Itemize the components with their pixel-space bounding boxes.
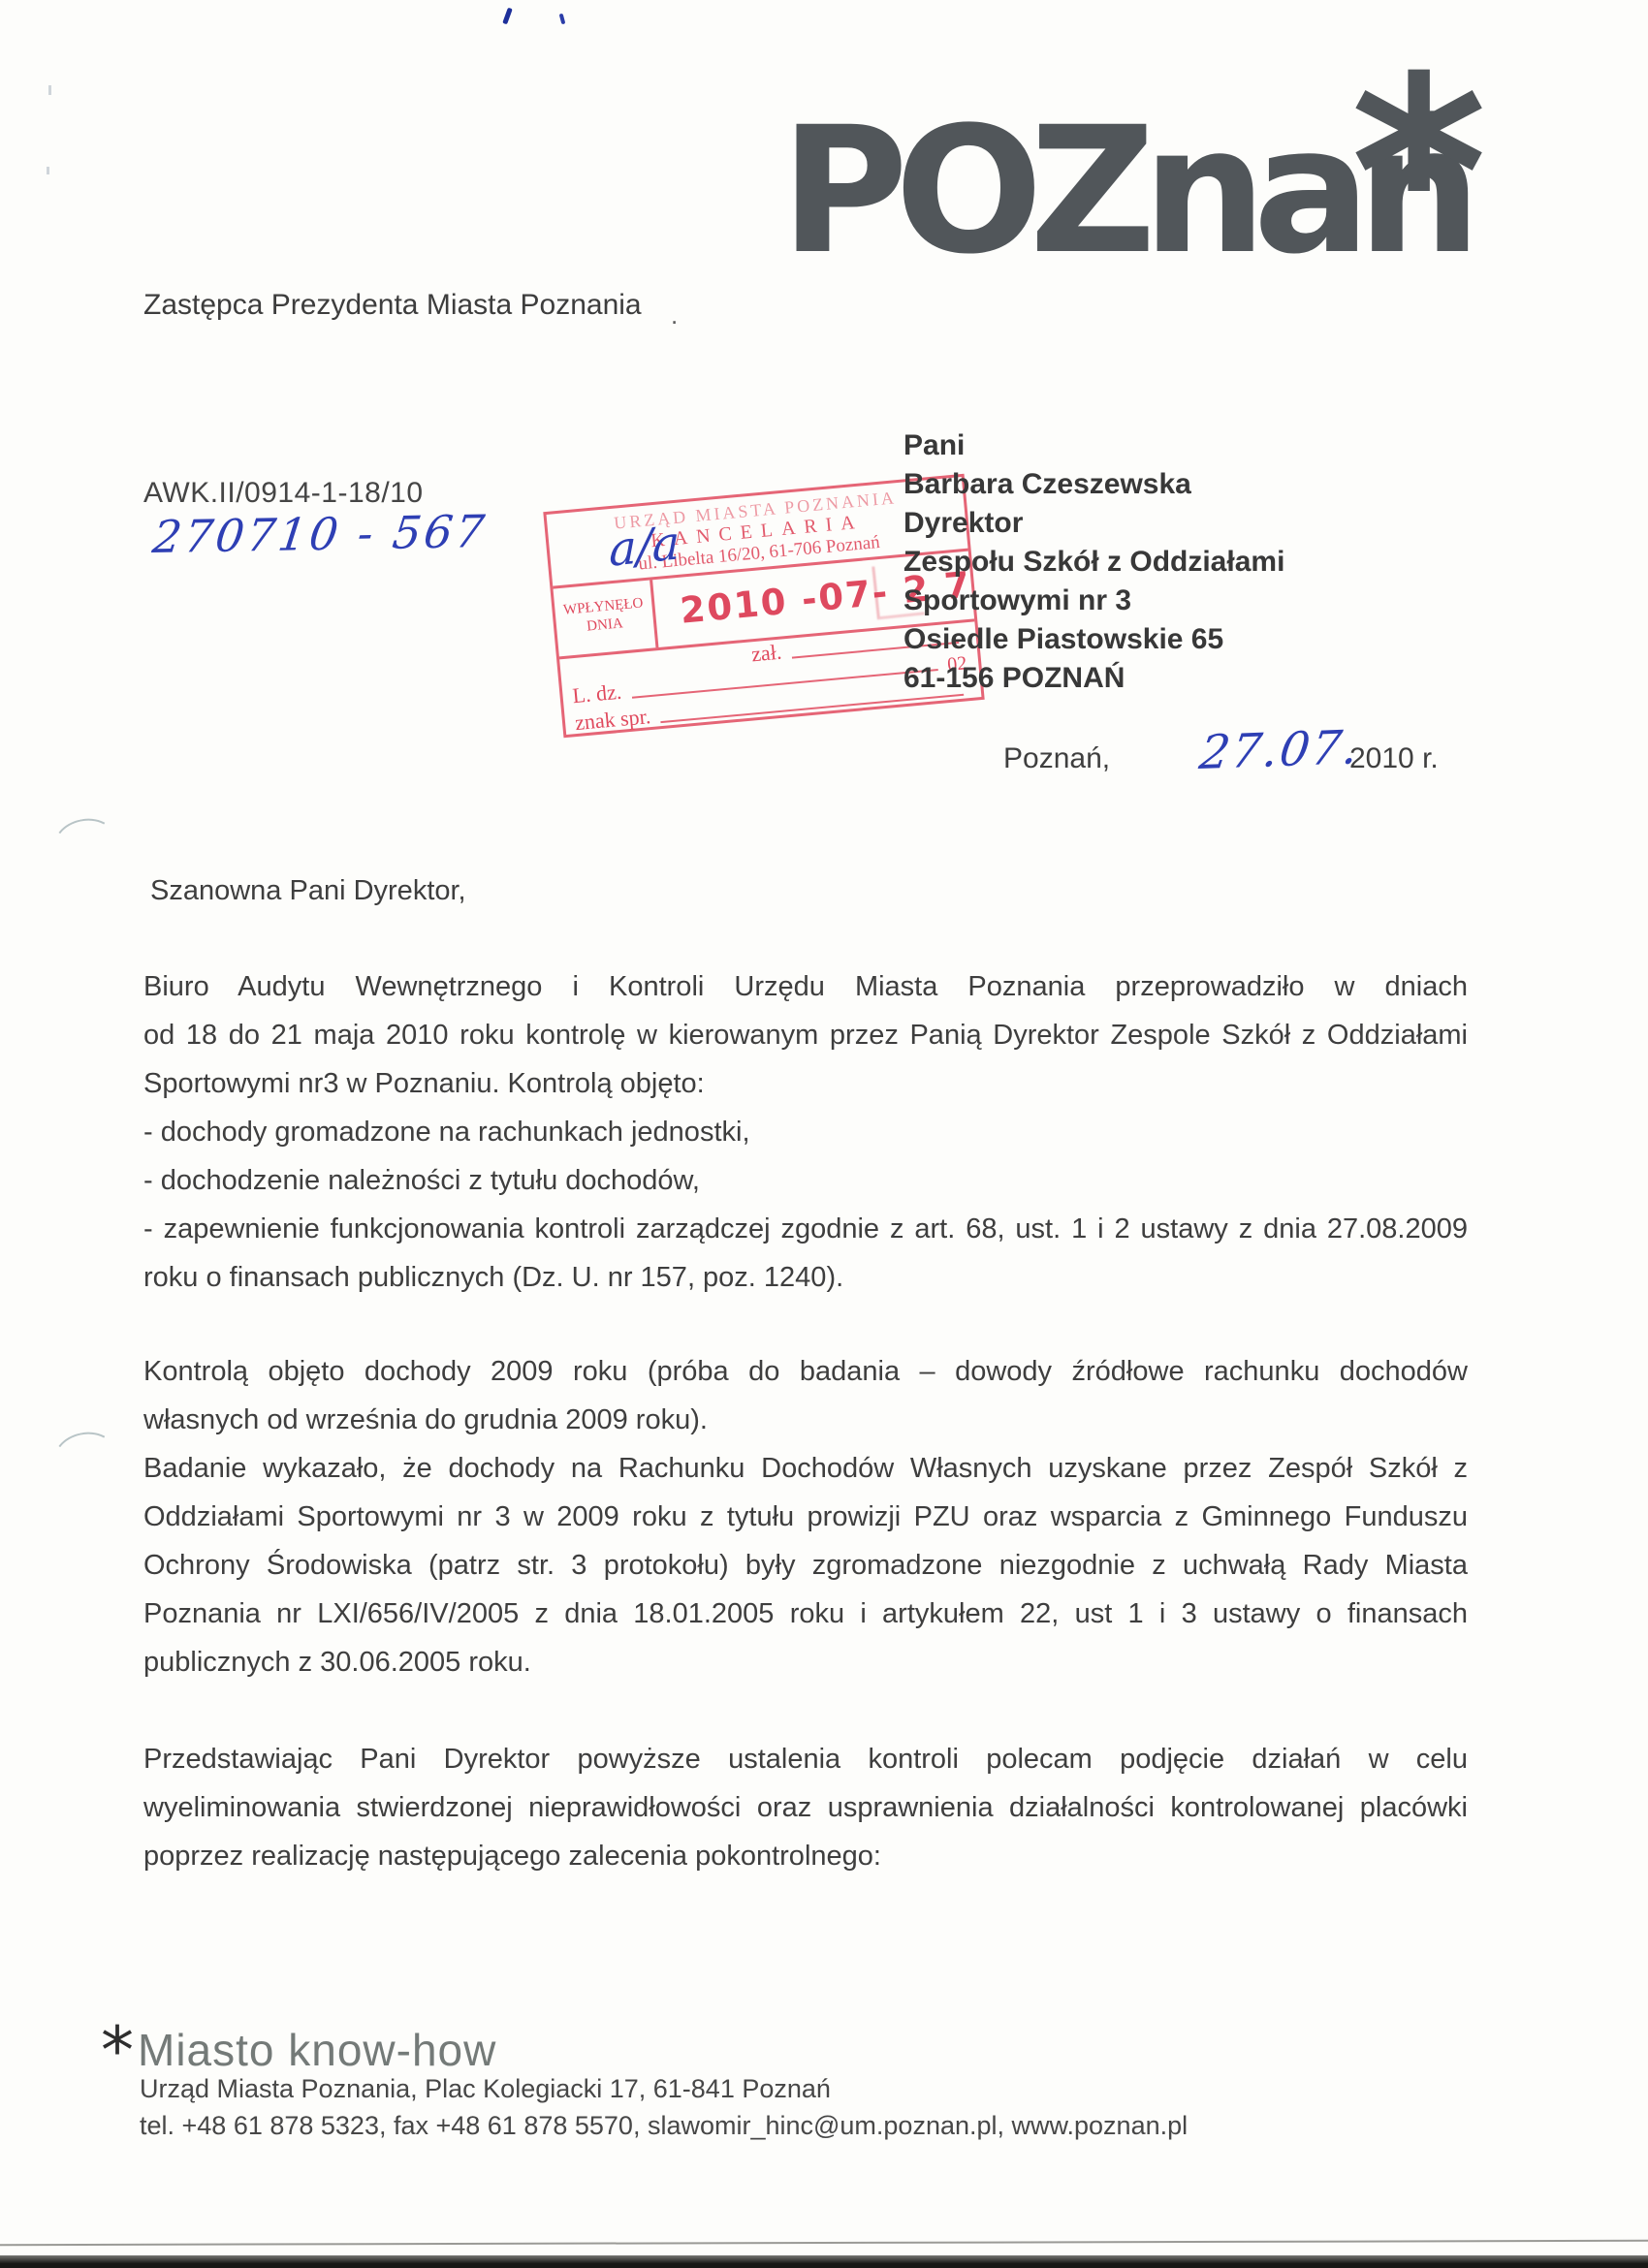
scanned-letter-page: POZnań * Zastępca Prezydenta Miasta Pozn… xyxy=(0,0,1648,2268)
poznan-logo: POZnań * xyxy=(780,105,1468,279)
dateline-year: 2010 r. xyxy=(1349,742,1439,775)
handwritten-date: 27.07. xyxy=(1196,720,1363,780)
recipient-line: Pani xyxy=(903,426,1284,465)
body-line: od 18 do 21 maja 2010 roku kontrolę w ki… xyxy=(143,1011,1468,1059)
body-line: Sportowymi nr3 w Poznaniu. Kontrolą obję… xyxy=(143,1059,1468,1108)
ink-mark xyxy=(502,8,513,25)
stamp-ldz-label: L. dz. xyxy=(571,679,622,709)
recipient-block: Pani Barbara Czeszewska Dyrektor Zespołu… xyxy=(903,426,1284,698)
asterisk-icon: * xyxy=(1350,43,1487,304)
stamp-received-label: WPŁYNĘŁO DNIA xyxy=(554,580,659,656)
body-line: - zapewnienie funkcjonowania kontroli za… xyxy=(143,1205,1468,1253)
stray-dot: . xyxy=(671,300,678,331)
sender-title: Zastępca Prezydenta Miasta Poznania xyxy=(143,289,642,322)
ink-mark xyxy=(559,14,566,25)
body-line: Kontrolą objęto dochody 2009 roku (próba… xyxy=(143,1347,1468,1396)
body-line: własnych od września do grudnia 2009 rok… xyxy=(143,1396,1468,1444)
letter-body: Biuro Audytu Wewnętrznego i Kontroli Urz… xyxy=(143,962,1468,1880)
scan-speck xyxy=(48,85,51,95)
recipient-line: 61-156 POZNAŃ xyxy=(903,659,1284,698)
asterisk-icon: * xyxy=(101,2013,134,2090)
body-line: Oddziałami Sportowymi nr 3 w 2009 roku z… xyxy=(143,1493,1468,1541)
recipient-line: Sportowymi nr 3 xyxy=(903,582,1284,620)
handwritten-aa-note: a/a xyxy=(609,516,680,578)
body-line: - dochodzenie należności z tytułu dochod… xyxy=(143,1156,1468,1205)
body-line: publicznych z 30.06.2005 roku. xyxy=(143,1638,1468,1686)
stamp-znak-spr-label: znak spr. xyxy=(574,704,651,736)
stamp-blank-line xyxy=(661,694,965,723)
scan-speck xyxy=(47,167,49,174)
recipient-line: Osiedle Piastowskie 65 xyxy=(903,620,1284,659)
recipient-line: Barbara Czeszewska xyxy=(903,465,1284,504)
body-line: Przedstawiając Pani Dyrektor powyższe us… xyxy=(143,1735,1468,1783)
body-line: Biuro Audytu Wewnętrznego i Kontroli Urz… xyxy=(143,962,1468,1011)
dateline-city: Poznań, xyxy=(1003,742,1110,775)
footer-slogan: Miasto know-how xyxy=(138,2024,496,2076)
scan-arc-artifact xyxy=(48,1427,121,1490)
salutation: Szanowna Pani Dyrektor, xyxy=(150,875,466,907)
footer-address: Urząd Miasta Poznania, Plac Kolegiacki 1… xyxy=(140,2074,831,2104)
stamp-zal-label: zał. xyxy=(750,640,782,668)
body-line: Badanie wykazało, że dochody na Rachunku… xyxy=(143,1444,1468,1493)
scan-edge-line xyxy=(0,2240,1648,2246)
handwritten-entry-number: 270710 - 567 xyxy=(150,505,491,563)
recipient-line: Dyrektor xyxy=(903,504,1284,543)
scan-bottom-bar xyxy=(0,2255,1648,2268)
body-line: - dochody gromadzone na rachunkach jedno… xyxy=(143,1108,1468,1156)
body-line: poprzez realizację następującego zalecen… xyxy=(143,1832,1468,1880)
body-line: Ochrony Środowiska (patrz str. 3 protoko… xyxy=(143,1541,1468,1590)
recipient-line: Zespołu Szkół z Oddziałami xyxy=(903,543,1284,582)
body-line: wyeliminowania stwierdzonej nieprawidłow… xyxy=(143,1783,1468,1832)
case-reference-number: AWK.II/0914-1-18/10 xyxy=(143,477,424,510)
body-line: Poznania nr LXI/656/IV/2005 z dnia 18.01… xyxy=(143,1590,1468,1638)
scan-arc-artifact xyxy=(48,813,121,876)
body-line: roku o finansach publicznych (Dz. U. nr … xyxy=(143,1253,1468,1302)
footer-contact: tel. +48 61 878 5323, fax +48 61 878 557… xyxy=(140,2111,1188,2141)
